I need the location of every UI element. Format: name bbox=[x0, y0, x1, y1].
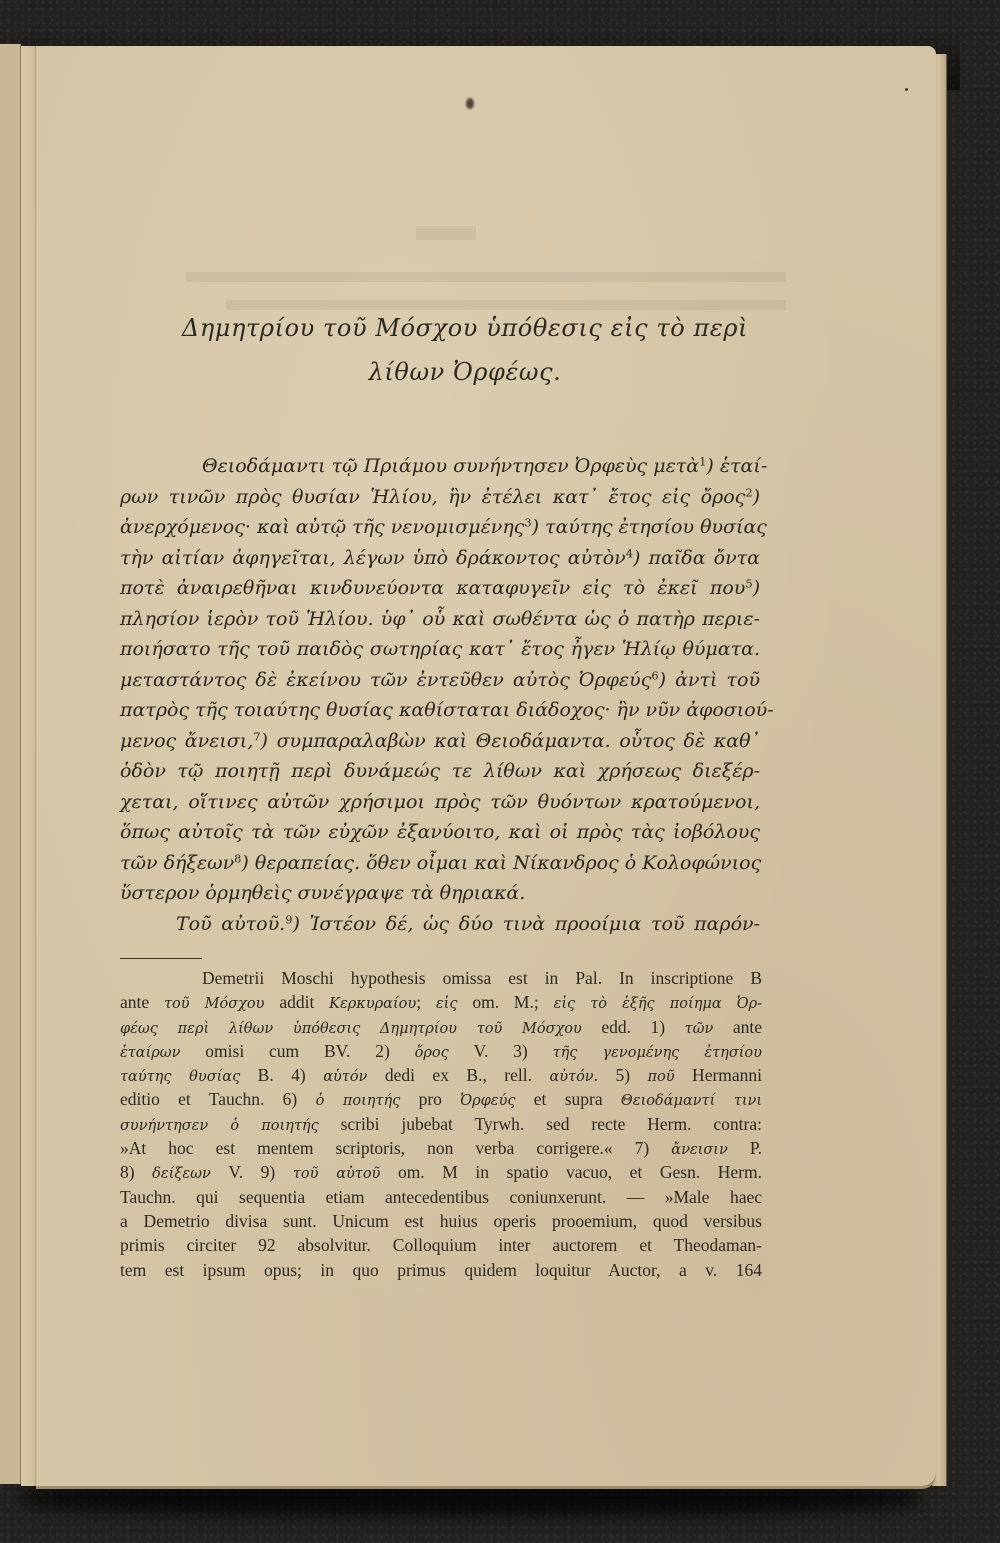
page-title: Δημητρίου τοῦ Μόσχου ὑπόθεσις εἰς τὸ περ… bbox=[100, 306, 830, 394]
text-segment: ) bbox=[753, 486, 760, 508]
latin-text: 8) bbox=[120, 1162, 152, 1182]
latin-text: B. 4) bbox=[240, 1065, 323, 1085]
text-segment: ) θεραπείας. ὅθεν οἶμαι καὶ Νίκανδρος ὁ … bbox=[241, 852, 761, 874]
text-segment: ποτὲ ἀναιρεθῆναι κινδυνεύοντα καταφυγεῖν… bbox=[120, 577, 745, 599]
title-line-2: λίθων Ὀρφέως. bbox=[100, 350, 830, 394]
text-line: ἀνερχόμενος· καὶ αὐτῷ τῆς νενομισμένης3)… bbox=[120, 512, 760, 543]
latin-text: Demetrii Moschi hypothesis omissa est in… bbox=[202, 968, 762, 988]
footnote-line: ante τοῦ Μόσχου addit Κερκυραίου; εἰς om… bbox=[120, 990, 762, 1014]
latin-text: addit bbox=[264, 992, 329, 1012]
text-segment: ὁδὸν τῷ ποιητῇ περὶ δυνάμεώς τε λίθων κα… bbox=[120, 760, 760, 782]
text-line: ποτὲ ἀναιρεθῆναι κινδυνεύοντα καταφυγεῖν… bbox=[120, 573, 760, 604]
text-segment: χεται, οἵτινες αὐτῶν χρήσιμοι πρὸς τῶν θ… bbox=[120, 791, 760, 813]
text-line: ὕστερον ὁρμηθεὶς συνέγραψε τὰ θηριακά. bbox=[120, 878, 760, 909]
text-segment: μενος ἄνεισι, bbox=[120, 730, 253, 752]
text-segment: τῶν δήξεων bbox=[120, 852, 234, 874]
text-line: μεταστάντος δὲ ἐκείνου τῶν ἐντεῦθεν αὐτὸ… bbox=[120, 665, 760, 696]
ink-blot bbox=[466, 98, 474, 109]
latin-text: a Demetrio divisa sunt. Unicum est huius… bbox=[120, 1211, 762, 1231]
text-line: τῶν δήξεων8) θεραπείας. ὅθεν οἶμαι καὶ Ν… bbox=[120, 848, 760, 879]
latin-text: pro bbox=[400, 1089, 460, 1109]
latin-text: P. bbox=[728, 1138, 762, 1158]
latin-text: ; bbox=[416, 992, 436, 1012]
footnote-marker: 6 bbox=[651, 668, 658, 682]
footnotes: Demetrii Moschi hypothesis omissa est in… bbox=[120, 966, 762, 1282]
greek-citation: ὄρος bbox=[415, 1045, 449, 1061]
latin-text: Tauchn. qui sequentia etiam antecedentib… bbox=[120, 1187, 762, 1207]
footnote-line: ἑταίρων omisi cum BV. 2) ὄρος V. 3) τῆς … bbox=[120, 1039, 762, 1063]
greek-citation: ἑταίρων bbox=[120, 1045, 180, 1061]
footnote-marker: 4 bbox=[626, 546, 633, 560]
footnote-line: editio et Tauchn. 6) ὁ ποιητής pro Ὀρφεύ… bbox=[120, 1087, 762, 1111]
text-segment: πατρὸς τῆς τοιαύτης θυσίας καθίσταται δι… bbox=[120, 699, 774, 721]
greek-citation: συνήντησεν ὁ ποιητής bbox=[120, 1118, 319, 1134]
text-line: μενος ἄνεισι,7) συμπαραλαβὼν καὶ Θειοδάμ… bbox=[120, 726, 760, 757]
show-through-text bbox=[186, 226, 786, 316]
latin-text: Hermanni bbox=[675, 1065, 762, 1085]
greek-citation: τῶν bbox=[685, 1021, 714, 1037]
latin-text: . 5) bbox=[594, 1065, 648, 1085]
footnote-separator bbox=[120, 958, 202, 959]
latin-text: et supra bbox=[516, 1089, 621, 1109]
greek-citation: εἰς bbox=[436, 996, 458, 1012]
greek-citation: αὑτόν bbox=[323, 1069, 367, 1085]
text-line: ποιήσατο τῆς τοῦ παιδὸς σωτηρίας κατ᾽ ἔτ… bbox=[120, 634, 760, 665]
footnote-line: ταύτης θυσίας B. 4) αὑτόν dedi ex B., re… bbox=[120, 1063, 762, 1087]
text-segment: ἀνερχόμενος· καὶ αὐτῷ τῆς νενομισμένης bbox=[120, 516, 524, 538]
latin-text: primis circiter 92 absolvitur. Colloquiu… bbox=[120, 1235, 762, 1255]
text-segment: ) παῖδα ὄντα bbox=[633, 547, 760, 569]
text-segment: ) συμπαραλαβὼν καὶ Θειοδάμαντα. οὗτος δὲ… bbox=[261, 730, 760, 752]
greek-citation: Θειοδάμαντί τινι bbox=[621, 1093, 762, 1109]
footnote-line: tem est ipsum opus; in quo primus quidem… bbox=[120, 1258, 762, 1282]
greek-citation: δείξεων bbox=[152, 1166, 211, 1182]
greek-citation: Ὀρφεύς bbox=[460, 1093, 515, 1109]
text-segment: τὴν αἰτίαν ἀφηγεῖται, λέγων ὑπὸ δράκοντο… bbox=[120, 547, 626, 569]
latin-text: tem est ipsum opus; in quo primus quidem… bbox=[120, 1260, 762, 1280]
text-line: Τοῦ αὐτοῦ.9) Ἰστέον δέ, ὡς δύο τινὰ προο… bbox=[120, 909, 760, 940]
latin-text: ante bbox=[713, 1017, 762, 1037]
latin-text: om. M.; bbox=[458, 992, 554, 1012]
greek-citation: ποῦ bbox=[648, 1069, 675, 1085]
greek-citation: τοῦ Μόσχου bbox=[164, 996, 264, 1012]
book-gutter bbox=[21, 46, 36, 1486]
main-text: Θειοδάμαντι τῷ Πριάμου συνήντησεν Ὀρφεὺς… bbox=[120, 451, 760, 939]
greek-citation: εἰς τὸ ἑξῆς ποίημα Ὀρ- bbox=[554, 996, 762, 1012]
footnote-line: Tauchn. qui sequentia etiam antecedentib… bbox=[120, 1185, 762, 1209]
text-segment: ) bbox=[753, 577, 760, 599]
footnote-line: 8) δείξεων V. 9) τοῦ αὐτοῦ om. M in spat… bbox=[120, 1160, 762, 1184]
latin-text: om. M in spatio vacuo, et Gesn. Herm. bbox=[380, 1162, 762, 1182]
greek-citation: τῆς γενομένης ἐτησίου bbox=[553, 1045, 762, 1061]
latin-text: scribi jubebat Tyrwh. sed recte Herm. co… bbox=[319, 1114, 762, 1134]
footnote-marker: 7 bbox=[253, 729, 260, 743]
footnote-line: φέως περὶ λίθων ὑπόθεσις Δημητρίου τοῦ Μ… bbox=[120, 1015, 762, 1039]
latin-text: edd. 1) bbox=[582, 1017, 685, 1037]
latin-text: dedi ex B., rell. bbox=[367, 1065, 549, 1085]
text-segment: Τοῦ αὐτοῦ. bbox=[176, 913, 285, 935]
greek-citation: φέως περὶ λίθων ὑπόθεσις Δημητρίου τοῦ Μ… bbox=[120, 1021, 582, 1037]
text-segment: ) ἑταί- bbox=[706, 455, 767, 477]
greek-citation: ὁ ποιητής bbox=[316, 1093, 401, 1109]
latin-text: »At hoc est mentem scriptoris, non verba… bbox=[120, 1138, 671, 1158]
footnote-line: »At hoc est mentem scriptoris, non verba… bbox=[120, 1136, 762, 1160]
ink-speck bbox=[905, 88, 908, 91]
greek-citation: ταύτης θυσίας bbox=[120, 1069, 240, 1085]
greek-citation: ἄνεισιν bbox=[671, 1142, 727, 1158]
text-line: πλησίον ἱερὸν τοῦ Ἡλίου. ὑφ᾽ οὗ καὶ σωθέ… bbox=[120, 604, 760, 635]
text-line: τὴν αἰτίαν ἀφηγεῖται, λέγων ὑπὸ δράκοντο… bbox=[120, 543, 760, 574]
text-line: πατρὸς τῆς τοιαύτης θυσίας καθίσταται δι… bbox=[120, 695, 760, 726]
text-segment: πλησίον ἱερὸν τοῦ Ἡλίου. ὑφ᾽ οὗ καὶ σωθέ… bbox=[120, 608, 760, 630]
footnote-line: Demetrii Moschi hypothesis omissa est in… bbox=[120, 966, 762, 990]
footnote-line: a Demetrio divisa sunt. Unicum est huius… bbox=[120, 1209, 762, 1233]
footnote-line: primis circiter 92 absolvitur. Colloquiu… bbox=[120, 1233, 762, 1257]
text-segment: ) ταύτης ἐτησίου θυσίας bbox=[532, 516, 767, 538]
title-line-1: Δημητρίου τοῦ Μόσχου ὑπόθεσις εἰς τὸ περ… bbox=[100, 306, 830, 350]
greek-citation: τοῦ αὐτοῦ bbox=[293, 1166, 381, 1182]
text-segment: ὅπως αὐτοῖς τὰ τῶν εὐχῶν ἐξανύοιτο, καὶ … bbox=[120, 821, 760, 843]
text-line: χεται, οἵτινες αὐτῶν χρήσιμοι πρὸς τῶν θ… bbox=[120, 787, 760, 818]
text-segment: ) ἀντὶ τοῦ bbox=[659, 669, 760, 691]
greek-citation: Κερκυραίου bbox=[329, 996, 416, 1012]
footnote-line: συνήντησεν ὁ ποιητής scribi jubebat Tyrw… bbox=[120, 1112, 762, 1136]
text-line: ὁδὸν τῷ ποιητῇ περὶ δυνάμεώς τε λίθων κα… bbox=[120, 756, 760, 787]
text-segment: Θειοδάμαντι τῷ Πριάμου συνήντησεν Ὀρφεὺς… bbox=[202, 455, 699, 477]
latin-text: V. 3) bbox=[449, 1041, 553, 1061]
latin-text: omisi cum BV. 2) bbox=[180, 1041, 414, 1061]
footnote-marker: 5 bbox=[745, 577, 752, 591]
footnote-marker: 3 bbox=[524, 516, 531, 530]
text-line: ρων τινῶν πρὸς θυσίαν Ἡλίου, ἣν ἐτέλει κ… bbox=[120, 482, 760, 513]
greek-citation: αὐτόν bbox=[549, 1069, 593, 1085]
text-segment: ποιήσατο τῆς τοῦ παιδὸς σωτηρίας κατ᾽ ἔτ… bbox=[120, 638, 760, 660]
latin-text: ante bbox=[120, 992, 164, 1012]
text-segment: μεταστάντος δὲ ἐκείνου τῶν ἐντεῦθεν αὐτὸ… bbox=[120, 669, 651, 691]
text-segment: ) Ἰστέον δέ, ὡς δύο τινὰ προοίμια τοῦ πα… bbox=[292, 913, 760, 935]
latin-text: editio et Tauchn. 6) bbox=[120, 1089, 316, 1109]
text-segment: ὕστερον ὁρμηθεὶς συνέγραψε τὰ θηριακά. bbox=[120, 882, 525, 904]
text-line: ὅπως αὐτοῖς τὰ τῶν εὐχῶν ἐξανύοιτο, καὶ … bbox=[120, 817, 760, 848]
facing-page-edge bbox=[0, 44, 21, 1484]
text-line: Θειοδάμαντι τῷ Πριάμου συνήντησεν Ὀρφεὺς… bbox=[120, 451, 760, 482]
footnote-marker: 2 bbox=[745, 485, 752, 499]
text-segment: ρων τινῶν πρὸς θυσίαν Ἡλίου, ἣν ἐτέλει κ… bbox=[120, 486, 745, 508]
latin-text: V. 9) bbox=[211, 1162, 293, 1182]
